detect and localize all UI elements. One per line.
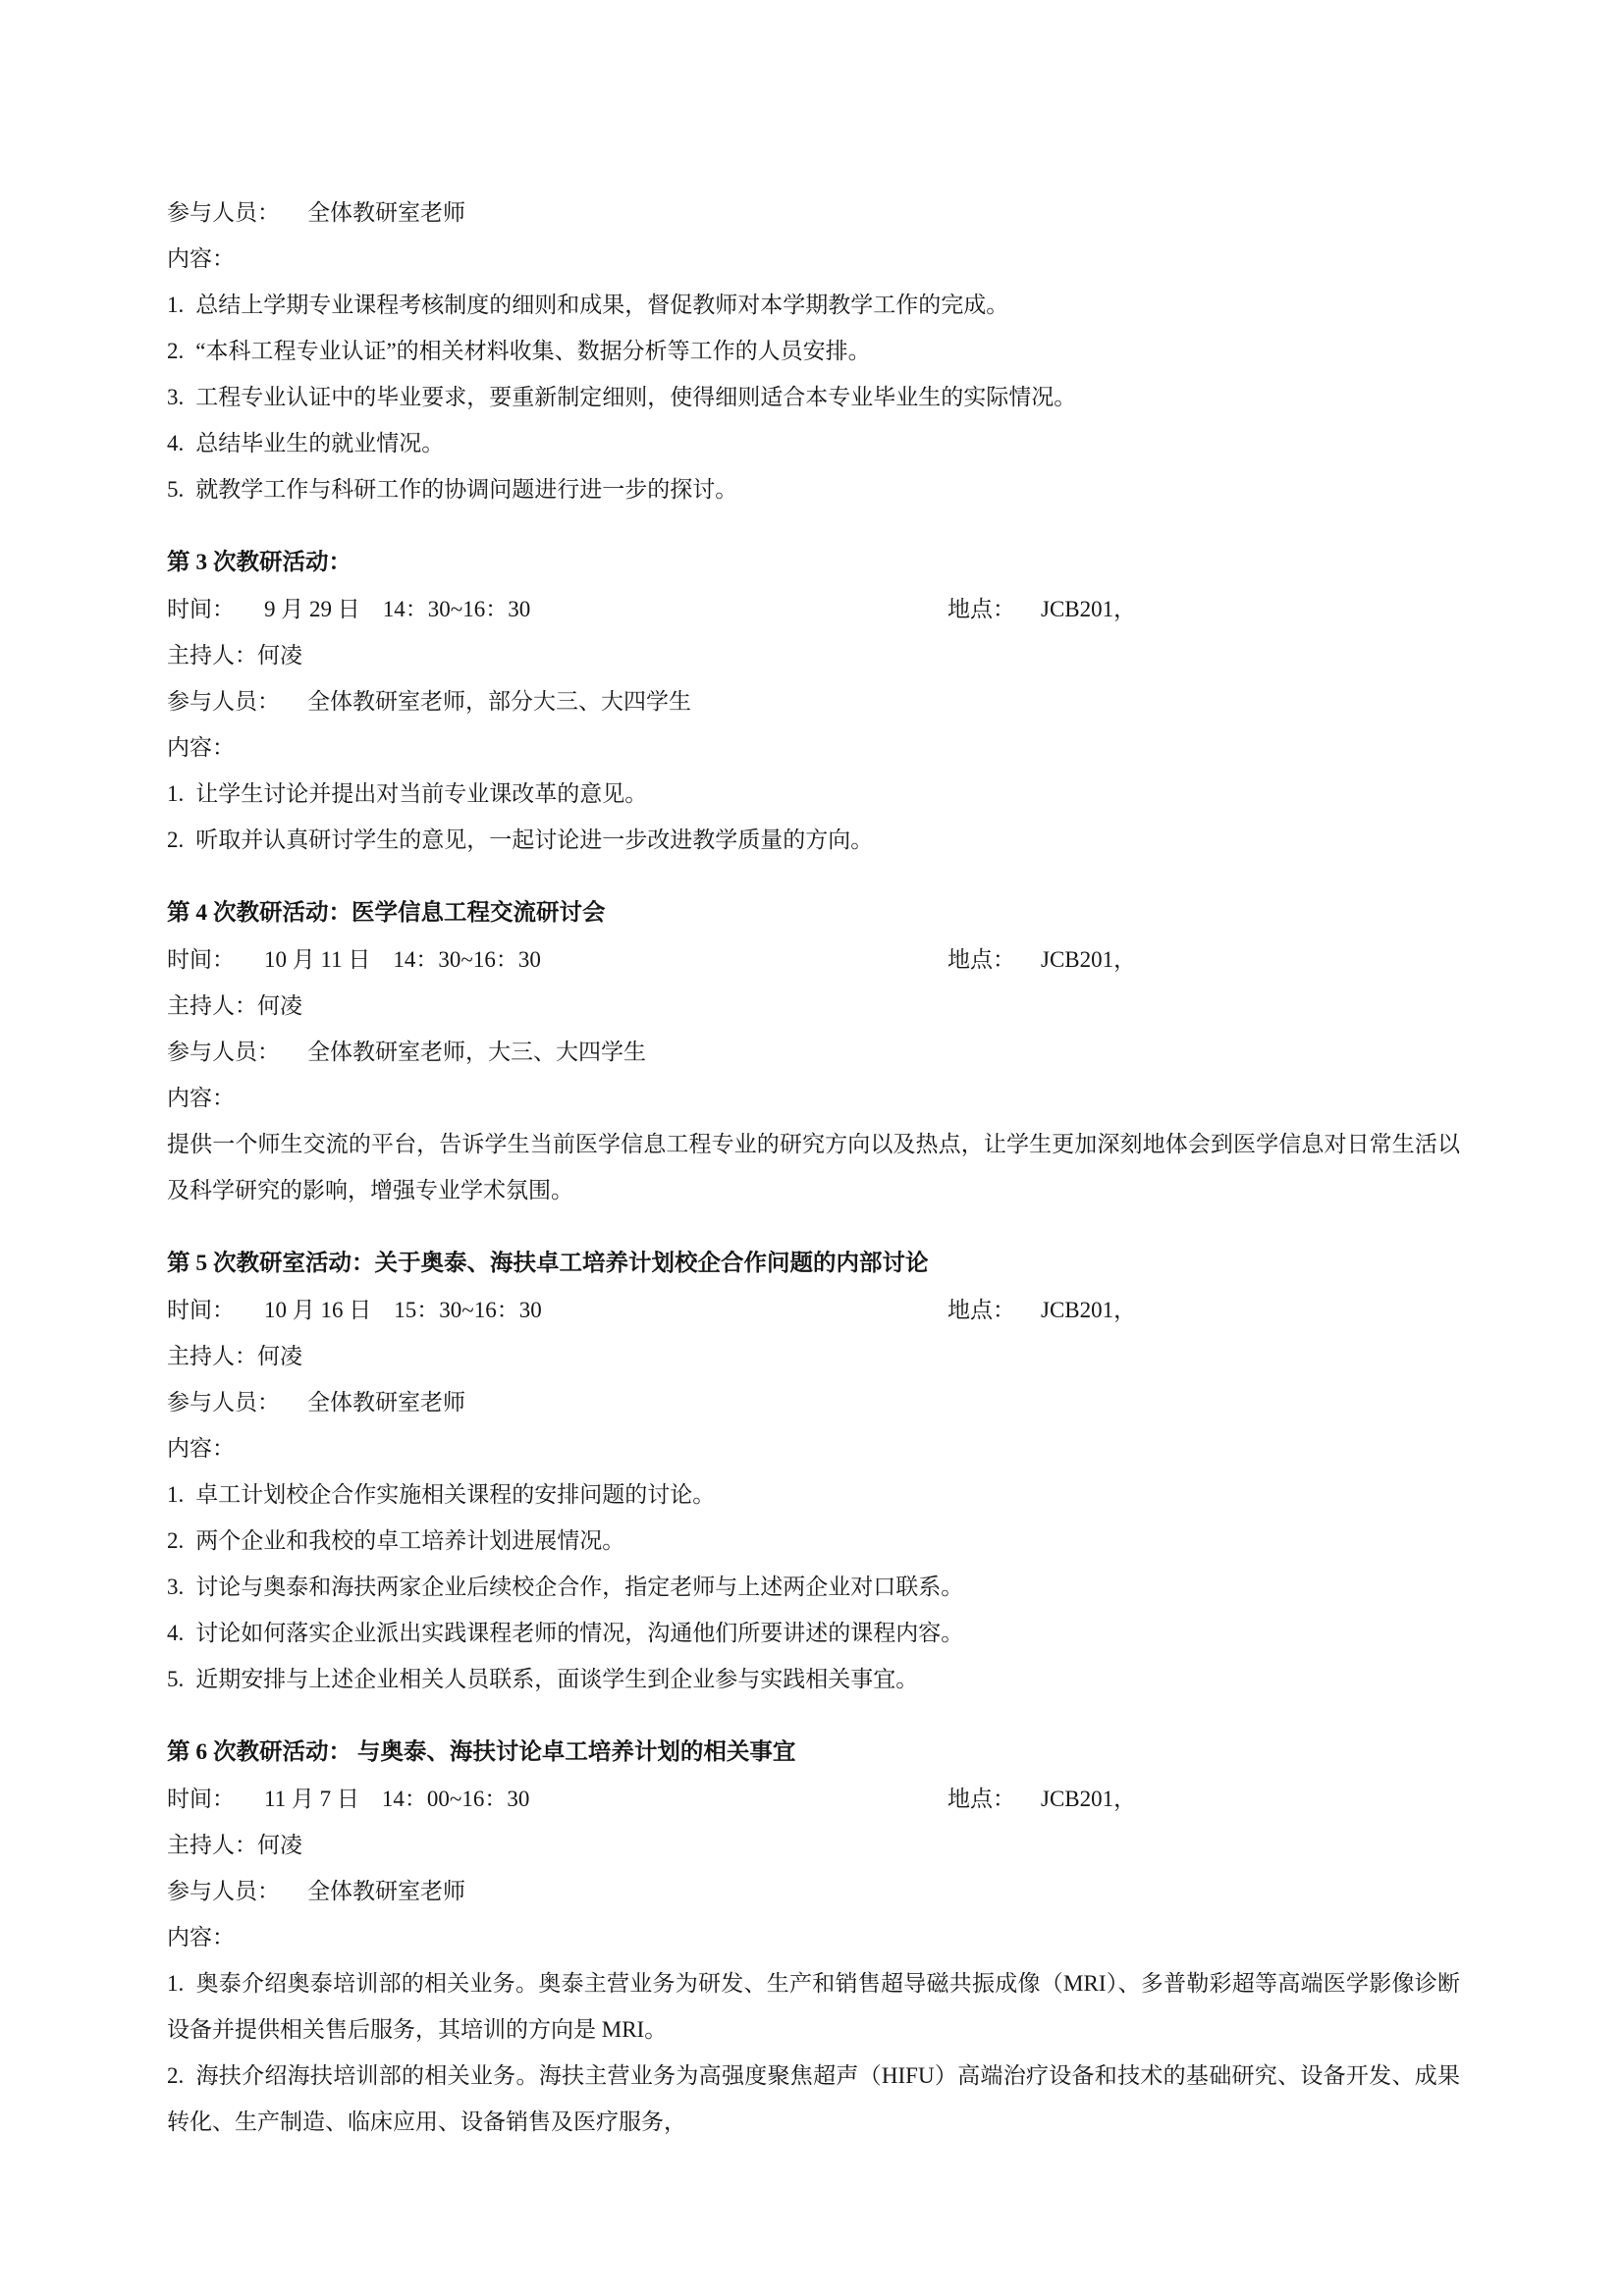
participants-value: 全体教研室老师 — [307, 1390, 465, 1415]
time-row: 时间：9 月 29 日 14：30~16：30地点：JCB201， — [167, 586, 1460, 632]
host-row: 主持人：何凌 — [167, 1822, 1460, 1868]
location-value: JCB201， — [1041, 947, 1136, 972]
time-value: 10 月 16 日 15：30~16：30 — [264, 1298, 542, 1322]
location-label: 地点： — [947, 597, 1015, 621]
participants-value: 全体教研室老师，大三、大四学生 — [307, 1040, 646, 1064]
participants-value: 全体教研室老师 — [307, 200, 465, 225]
item-text: 让学生讨论并提出对当前专业课改革的意见。 — [195, 781, 647, 806]
item-text: 总结上学期专业课程考核制度的细则和成果，督促教师对本学期教学工作的完成。 — [195, 293, 1008, 317]
activity-section-4: 第 4 次教研活动：医学信息工程交流研讨会 时间：10 月 11 日 14：30… — [167, 890, 1460, 1213]
item-number: 5. — [167, 1667, 184, 1691]
list-item: 2.“本科工程专业认证”的相关材料收集、数据分析等工作的人员安排。 — [167, 328, 1460, 374]
list-item: 3.工程专业认证中的毕业要求，要重新制定细则，使得细则适合本专业毕业生的实际情况… — [167, 374, 1460, 420]
item-number: 3. — [167, 1575, 184, 1599]
list-item: 4.讨论如何落实企业派出实践课程老师的情况，沟通他们所要讲述的课程内容。 — [167, 1610, 1460, 1656]
location-value: JCB201， — [1041, 597, 1136, 621]
participants-row: 参与人员：全体教研室老师，部分大三、大四学生 — [167, 678, 1460, 724]
host-value: 何凌 — [257, 643, 302, 667]
time-row: 时间：11 月 7 日 14：00~16：30地点：JCB201， — [167, 1776, 1460, 1822]
participants-row: 参与人员：全体教研室老师 — [167, 1868, 1460, 1914]
location-group: 地点：JCB201， — [947, 586, 1136, 632]
list-item: 5.就教学工作与科研工作的协调问题进行进一步的探讨。 — [167, 466, 1460, 512]
item-text: 讨论如何落实企业派出实践课程老师的情况，沟通他们所要讲述的课程内容。 — [195, 1621, 963, 1645]
item-number: 1. — [167, 293, 184, 317]
item-number: 5. — [167, 477, 184, 502]
host-label: 主持人： — [167, 643, 257, 667]
item-text: 工程专业认证中的毕业要求，要重新制定细则，使得细则适合本专业毕业生的实际情况。 — [195, 385, 1076, 409]
participants-label: 参与人员： — [167, 689, 280, 714]
participants-value: 全体教研室老师，部分大三、大四学生 — [307, 689, 691, 714]
participants-row: 参与人员：全体教研室老师 — [167, 1379, 1460, 1425]
host-label: 主持人： — [167, 1344, 257, 1368]
time-label: 时间： — [167, 597, 235, 621]
section-title: 第 5 次教研室活动：关于奥泰、海扶卓工培养计划校企合作问题的内部讨论 — [167, 1241, 1460, 1287]
host-row: 主持人：何凌 — [167, 1333, 1460, 1379]
item-text: “本科工程专业认证”的相关材料收集、数据分析等工作的人员安排。 — [195, 339, 870, 363]
host-value: 何凌 — [257, 1833, 302, 1857]
host-row: 主持人：何凌 — [167, 632, 1460, 678]
time-value: 9 月 29 日 14：30~16：30 — [264, 597, 530, 621]
location-label: 地点： — [947, 1298, 1015, 1322]
item-text: 总结毕业生的就业情况。 — [195, 431, 444, 455]
time-label: 时间： — [167, 947, 235, 972]
content-paragraph: 提供一个师生交流的平台，告诉学生当前医学信息工程专业的研究方向以及热点，让学生更… — [167, 1121, 1460, 1213]
section-continued: 参与人员：全体教研室老师 内容： 1.总结上学期专业课程考核制度的细则和成果，督… — [167, 189, 1460, 512]
list-item: 2.海扶介绍海扶培训部的相关业务。海扶主营业务为高强度聚焦超声（HIFU）高端治… — [167, 2053, 1460, 2145]
list-item: 1.让学生讨论并提出对当前专业课改革的意见。 — [167, 771, 1460, 817]
content-label: 内容： — [167, 1425, 1460, 1471]
time-value: 11 月 7 日 14：00~16：30 — [264, 1787, 529, 1811]
item-number: 2. — [167, 828, 184, 852]
item-number: 4. — [167, 1621, 184, 1645]
location-group: 地点：JCB201， — [947, 1776, 1136, 1822]
location-value: JCB201， — [1041, 1787, 1136, 1811]
host-row: 主持人：何凌 — [167, 983, 1460, 1029]
item-number: 2. — [167, 1528, 184, 1553]
item-text: 听取并认真研讨学生的意见，一起讨论进一步改进教学质量的方向。 — [195, 828, 873, 852]
item-text: 讨论与奥泰和海扶两家企业后续校企合作，指定老师与上述两企业对口联系。 — [195, 1575, 963, 1599]
host-value: 何凌 — [257, 993, 302, 1018]
document-page: 参与人员：全体教研室老师 内容： 1.总结上学期专业课程考核制度的细则和成果，督… — [0, 0, 1624, 2296]
content-label: 内容： — [167, 724, 1460, 771]
list-item: 1.总结上学期专业课程考核制度的细则和成果，督促教师对本学期教学工作的完成。 — [167, 282, 1460, 328]
item-number: 4. — [167, 431, 184, 455]
participants-value: 全体教研室老师 — [307, 1879, 465, 1903]
item-number: 3. — [167, 385, 184, 409]
location-label: 地点： — [947, 1787, 1015, 1811]
item-text: 就教学工作与科研工作的协调问题进行进一步的探讨。 — [195, 477, 737, 502]
participants-label: 参与人员： — [167, 1390, 280, 1415]
item-number: 1. — [167, 1971, 184, 1996]
content-label: 内容： — [167, 236, 1460, 282]
item-number: 1. — [167, 781, 184, 806]
participants-label: 参与人员： — [167, 1040, 280, 1064]
item-text: 卓工计划校企合作实施相关课程的安排问题的讨论。 — [195, 1482, 715, 1507]
participants-row: 参与人员：全体教研室老师，大三、大四学生 — [167, 1029, 1460, 1075]
item-text: 两个企业和我校的卓工培养计划进展情况。 — [195, 1528, 624, 1553]
list-item: 3.讨论与奥泰和海扶两家企业后续校企合作，指定老师与上述两企业对口联系。 — [167, 1564, 1460, 1610]
activity-section-5: 第 5 次教研室活动：关于奥泰、海扶卓工培养计划校企合作问题的内部讨论 时间：1… — [167, 1241, 1460, 1702]
time-value: 10 月 11 日 14：30~16：30 — [264, 947, 541, 972]
list-item: 2.两个企业和我校的卓工培养计划进展情况。 — [167, 1518, 1460, 1564]
content-label: 内容： — [167, 1075, 1460, 1121]
location-group: 地点：JCB201， — [947, 1287, 1136, 1333]
time-label: 时间： — [167, 1787, 235, 1811]
item-text: 近期安排与上述企业相关人员联系，面谈学生到企业参与实践相关事宜。 — [195, 1667, 918, 1691]
activity-section-6: 第 6 次教研活动： 与奥泰、海扶讨论卓工培养计划的相关事宜 时间：11 月 7… — [167, 1730, 1460, 2145]
time-row: 时间：10 月 11 日 14：30~16：30地点：JCB201， — [167, 936, 1460, 983]
item-text: 海扶介绍海扶培训部的相关业务。海扶主营业务为高强度聚焦超声（HIFU）高端治疗设… — [167, 2063, 1460, 2134]
list-item: 2.听取并认真研讨学生的意见，一起讨论进一步改进教学质量的方向。 — [167, 817, 1460, 863]
item-number: 1. — [167, 1482, 184, 1507]
section-title: 第 4 次教研活动：医学信息工程交流研讨会 — [167, 890, 1460, 936]
participants-label: 参与人员： — [167, 1879, 280, 1903]
time-row: 时间：10 月 16 日 15：30~16：30地点：JCB201， — [167, 1287, 1460, 1333]
participants-label: 参与人员： — [167, 200, 280, 225]
host-label: 主持人： — [167, 993, 257, 1018]
activity-section-3: 第 3 次教研活动： 时间：9 月 29 日 14：30~16：30地点：JCB… — [167, 540, 1460, 863]
location-value: JCB201， — [1041, 1298, 1136, 1322]
time-label: 时间： — [167, 1298, 235, 1322]
section-title: 第 3 次教研活动： — [167, 540, 1460, 586]
location-group: 地点：JCB201， — [947, 936, 1136, 983]
content-label: 内容： — [167, 1914, 1460, 1960]
item-number: 2. — [167, 339, 184, 363]
item-number: 2. — [167, 2063, 184, 2088]
host-value: 何凌 — [257, 1344, 302, 1368]
list-item: 4.总结毕业生的就业情况。 — [167, 420, 1460, 466]
list-item: 5.近期安排与上述企业相关人员联系，面谈学生到企业参与实践相关事宜。 — [167, 1656, 1460, 1702]
participants-row: 参与人员：全体教研室老师 — [167, 189, 1460, 236]
host-label: 主持人： — [167, 1833, 257, 1857]
list-item: 1.奥泰介绍奥泰培训部的相关业务。奥泰主营业务为研发、生产和销售超导磁共振成像（… — [167, 1960, 1460, 2053]
section-title: 第 6 次教研活动： 与奥泰、海扶讨论卓工培养计划的相关事宜 — [167, 1730, 1460, 1776]
item-text: 奥泰介绍奥泰培训部的相关业务。奥泰主营业务为研发、生产和销售超导磁共振成像（MR… — [167, 1971, 1460, 2042]
list-item: 1.卓工计划校企合作实施相关课程的安排问题的讨论。 — [167, 1471, 1460, 1518]
location-label: 地点： — [947, 947, 1015, 972]
